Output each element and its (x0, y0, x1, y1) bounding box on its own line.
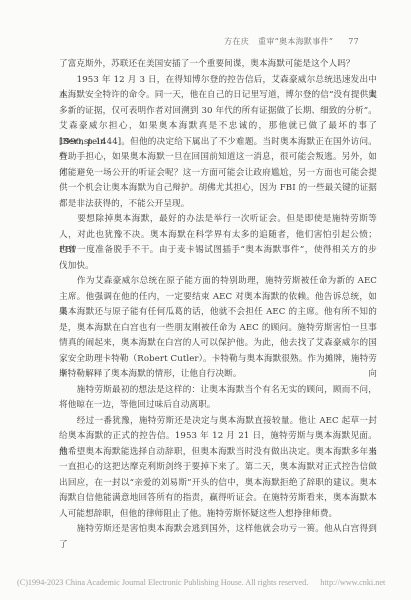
body-line: 都是非法获得的，不能公开呈现。 (59, 197, 377, 213)
journal-page: 方在庆重审“奥本海默事件”77 了富克斯外，苏联还在美国安插了一个重要间谍，奥本… (0, 0, 411, 600)
body-line: 要想除掉奥本海默，最好的办法是举行一次听证会。但是即使是施特劳斯等 (59, 212, 377, 228)
body-line: 些助手担心，如果奥本海默一旦在回国前知道这一消息，很可能会叛逃。另外，如何 (59, 150, 377, 166)
body-line: 家安全助理卡特勒（Robert Cutler）。卡特勒与奥本海默很熟。作为摊牌，… (59, 352, 377, 368)
body-line: 然希望奥本海默能选择自动辞职，但奥本海默当时没有做出决定。奥本海默多年来 (59, 445, 377, 461)
running-head-title: 重审“奥本海默事件” (258, 37, 333, 46)
body-line: 作为艾森豪威尔总统在原子能方面的特别助理，施特劳斯被任命为新的 AEC (59, 274, 377, 290)
footer-url: http://www.cnki.net (320, 578, 385, 587)
body-line: 1953 年 12 月 3 日，在得知博尔登的控告信后，艾森豪威尔总统迅速发出中… (59, 73, 377, 89)
body-line: 供一个机会让奥本海默为自己辩护。胡佛尤其担心，因为 FBI 的一些最关键的证据 (59, 181, 377, 197)
body-line: 一直担心的这把达摩克利斯剑终于要掉下来了。第二天，奥本海默对正式控告信做 (59, 460, 377, 476)
body-line: 才能避免一场公开的听证会呢？这一方面可能会让政府尴尬，另一方面也可能会提 (59, 166, 377, 182)
footer-copyright: (C)1994-2023 China Academic Journal Elec… (17, 578, 308, 587)
body-line: 多新的证据，仅可表明作者对回溯到 30 年代的所有证据做了长期、细致的分析”。 (59, 104, 377, 120)
body-line: 是，奥本海默在白宫也有一些朋友刚被任命为 AEC 的顾问。施特劳斯害怕一旦事 (59, 321, 377, 337)
body-line: 奥本海默还与原子能有任何瓜葛的话，他就不会担任 AEC 的主席。他有所不知的 (59, 305, 377, 321)
body-line: 人可能想辞职，但他的律师阻止了他。施特劳斯怀疑这些人想挣律师费。 (59, 507, 377, 523)
body-line: 将他晾在一边，等他回过味后自动离职。 (59, 398, 377, 414)
body-line: 情真的闹起来，奥本海默在白宫的人可以保护他。为此，他去找了艾森豪威尔的国 (59, 336, 377, 352)
body-line: 也曾一度准备脱手不干。由于麦卡锡试图插手“奥本海默事件”，使得相关方的步 (59, 243, 377, 259)
body-line: 人，对此也犹豫不决。奥本海默在科学界有太多的追随者，他们害怕引起公愤；FBI (59, 228, 377, 244)
running-head-author: 方在庆 (224, 37, 249, 46)
page-footer: (C)1994-2023 China Academic Journal Elec… (17, 578, 411, 587)
body-text: 了富克斯外，苏联还在美国安插了一个重要间谍，奥本海默可能是这个人吗？ 1953 … (59, 57, 377, 538)
page-number: 77 (348, 37, 359, 46)
body-line: 本海默安全特许的命令。同一天，他在自己的日记里写道，博尔登的信“没有提供太 (59, 88, 377, 104)
body-line: 施特劳斯还是害怕奥本海默会逃到国外，这样他就会功亏一篑。他从白宫得到了 (59, 522, 377, 538)
body-line: 主席。他强调在他的任内，一定要结束 AEC 对奥本海默的依赖。他告诉总统，如果 (59, 290, 377, 306)
body-line: 1990, p.1444]。但他的决定给下属出了不少难题。当时奥本海默正在国外访… (59, 135, 377, 151)
body-line: 了富克斯外，苏联还在美国安插了一个重要间谍，奥本海默可能是这个人吗？ (59, 57, 377, 73)
body-line: 给奥本海默的正式的控告信。1953 年 12 月 21 日，施特劳斯与奥本海默见… (59, 429, 377, 445)
body-line: 经过一番犹豫，施特劳斯还是决定与奥本海默直接较量。他让 AEC 起草一封 (59, 414, 377, 430)
body-line: 施特劳斯最初的想法是这样的：让奥本海默当个有名无实的顾问，顾而不问， (59, 383, 377, 399)
body-line: 海默自信他能满意地回答所有的指责，赢得听证会。在施特劳斯看来，奥本海默本 (59, 491, 377, 507)
running-head: 方在庆重审“奥本海默事件”77 (59, 36, 377, 47)
body-line: 出回应，在一封以“亲爱的刘易斯”开头的信中，奥本海默拒绝了辞职的建议。奥本 (59, 476, 377, 492)
body-line: 艾森豪威尔担心，如果奥本海默真是不忠诚的，那他就已做了最坏的事了 [Bernst… (59, 119, 377, 135)
body-line: 伐加快。 (59, 259, 377, 275)
